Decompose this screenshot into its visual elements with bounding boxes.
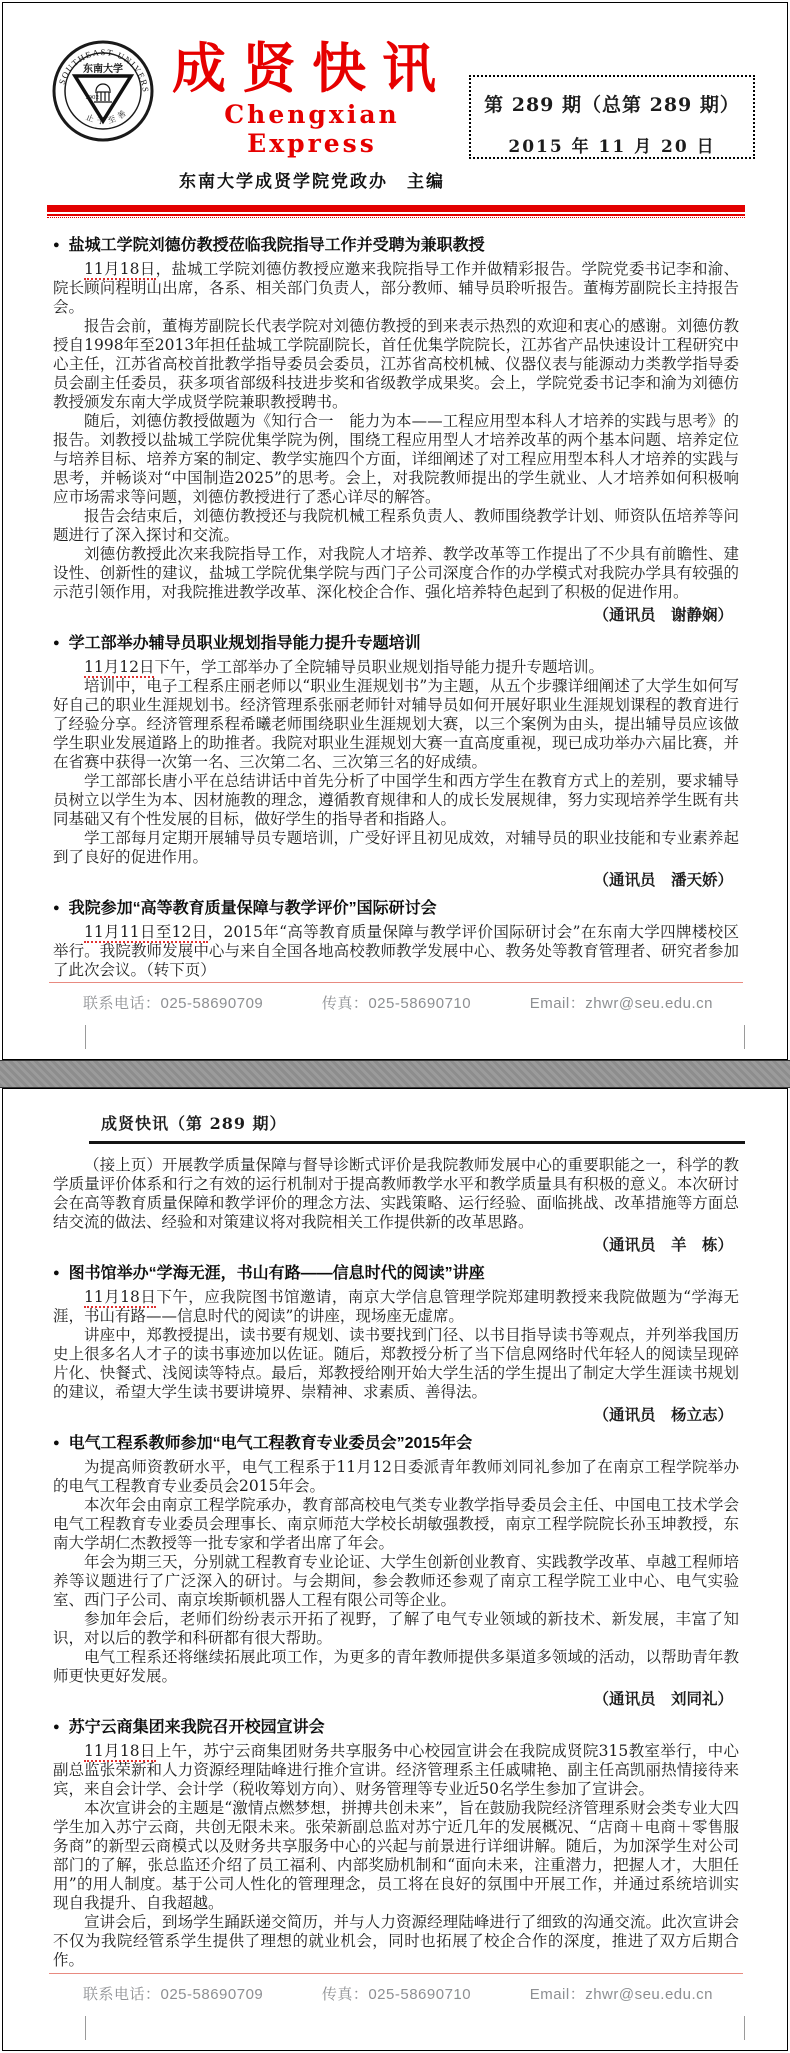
seal-graphic: SOUTHEAST UNIVERSITY 东南大学 1902 — [51, 39, 155, 143]
university-seal-logo: SOUTHEAST UNIVERSITY 东南大学 1902 — [51, 37, 155, 192]
footer-phone: 联系电话：025-58690709 — [83, 1983, 263, 2004]
headline-text: 电气工程系教师参加“电气工程教育专业委员会”2015年会 — [69, 1435, 473, 1452]
footer-divider — [49, 1973, 743, 1974]
article-paragraph: 学工部每月定期开展辅导员专题培训，广受好评且初见成效，对辅导员的职业技能和专业素… — [53, 829, 739, 867]
article-paragraph: 报告会结束后，刘德仿教授还与我院机械工程系负责人、教师围绕教学计划、师资队伍培养… — [53, 507, 739, 545]
headline-text: 图书馆举办“学海无涯，书山有路——信息时代的阅读”讲座 — [69, 1265, 485, 1282]
page2-footer: 联系电话：025-58690709 传真：025-58690710 Email：… — [3, 1973, 787, 2050]
issue-number: 第 289 期（总第 289 期） — [471, 90, 753, 117]
article-headline: ●盐城工学院刘德仿教授莅临我院指导工作并受聘为兼职教授 — [53, 234, 739, 257]
bullet-icon: ● — [53, 1437, 60, 1449]
headline-text: 我院参加“高等教育质量保障与教学评价”国际研讨会 — [69, 900, 437, 917]
masthead: SOUTHEAST UNIVERSITY 东南大学 1902 — [3, 3, 787, 192]
article-headline: ●电气工程系教师参加“电气工程教育专业委员会”2015年会 — [53, 1432, 739, 1455]
seal-cn-text: 东南大学 — [83, 62, 123, 75]
article-paragraph: 参加年会后，老师们纷纷表示开拓了视野，了解了电气专业领域的新技术、新发展，丰富了… — [53, 1610, 739, 1648]
bullet-icon: ● — [53, 902, 60, 914]
article-paragraph: 为提高师资教研水平，电气工程系于11月12日委派青年教师刘同礼参加了在南京工程学… — [53, 1458, 739, 1496]
article-headline: ●我院参加“高等教育质量保障与教学评价”国际研讨会 — [53, 897, 739, 920]
date-underline: 11月18日 — [84, 1288, 156, 1308]
date-underline: 11月12日 — [84, 658, 154, 678]
page2-articles: （接上页）开展教学质量保障与督导诊断式评价是我院教师发展中心的重要职能之一，科学… — [3, 1144, 787, 1973]
seal-year-text: 1902 — [85, 95, 99, 101]
headline-text: 学工部举办辅导员职业规划指导能力提升专题培训 — [69, 635, 421, 652]
newsletter-title-cn: 成贤快讯 — [155, 39, 469, 98]
bullet-icon: ● — [53, 239, 60, 251]
margin-marks — [47, 2004, 745, 2048]
article-paragraph: 讲座中，郑教授提出，读书要有规划、读书要找到门径、以书目指导读书等观点，并列举我… — [53, 1326, 739, 1402]
newsletter-page-1: SOUTHEAST UNIVERSITY 东南大学 1902 — [2, 2, 788, 1060]
article-paragraph: 随后，刘德仿教授做题为《知行合一 能力为本——工程应用型本科人才培养的实践与思考… — [53, 412, 739, 507]
title-block: 成贤快讯 Chengxian Express 东南大学成贤学院党政办 主编 — [155, 37, 469, 192]
issue-date: 2015 年 11 月 20 日 — [471, 132, 753, 157]
issue-box: 第 289 期（总第 289 期） 2015 年 11 月 20 日 — [469, 75, 755, 159]
page1-footer: 联系电话：025-58690709 传真：025-58690710 Email：… — [3, 982, 787, 1059]
footer-email: Email：zhwr@seu.edu.cn — [530, 992, 713, 1013]
newsletter-page-2: 成贤快讯（第 289 期） （接上页）开展教学质量保障与督导诊断式评价是我院教师… — [2, 1088, 788, 2051]
correspondent-byline: （通讯员 刘同礼） — [53, 1689, 733, 1709]
bullet-icon: ● — [53, 637, 60, 649]
document-canvas: SOUTHEAST UNIVERSITY 东南大学 1902 — [0, 0, 790, 2053]
article-headline: ●图书馆举办“学海无涯，书山有路——信息时代的阅读”讲座 — [53, 1262, 739, 1285]
bullet-icon: ● — [53, 1267, 60, 1279]
article-paragraph: 刘德仿教授此次来我院指导工作，对我院人才培养、教学改革等工作提出了不少具有前瞻性… — [53, 545, 739, 602]
headline-text: 盐城工学院刘德仿教授莅临我院指导工作并受聘为兼职教授 — [69, 237, 485, 254]
page1-articles: ●盐城工学院刘德仿教授莅临我院指导工作并受聘为兼职教授11月18日，盐城工学院刘… — [3, 218, 787, 982]
article-paragraph: 年会为期三天，分别就工程教育专业论证、大学生创新创业教育、实践教学改革、卓越工程… — [53, 1553, 739, 1610]
article-paragraph: 学工部部长唐小平在总结讲话中首先分析了中国学生和西方学生在教育方式上的差别，要求… — [53, 772, 739, 829]
article-paragraph: 11月12日下午，学工部举办了全院辅导员职业规划指导能力提升专题培训。 — [53, 658, 739, 677]
footer-phone: 联系电话：025-58690709 — [83, 992, 263, 1013]
bullet-icon: ● — [53, 1721, 60, 1733]
headline-text: 苏宁云商集团来我院召开校园宣讲会 — [69, 1719, 325, 1736]
date-underline: 11月18日 — [84, 260, 156, 280]
article-paragraph: 宣讲会后，到场学生踊跃递交简历，并与人力资源经理陆峰进行了细致的沟通交流。此次宣… — [53, 1913, 739, 1970]
newsletter-title-en: Chengxian Express — [155, 100, 469, 158]
footer-divider — [49, 982, 743, 983]
article-paragraph: 11月18日，盐城工学院刘德仿教授应邀来我院指导工作并做精彩报告。学院党委书记李… — [53, 260, 739, 317]
date-underline: 11月11日至12日 — [84, 923, 208, 943]
footer-email: Email：zhwr@seu.edu.cn — [530, 1983, 713, 2004]
article-paragraph: 本次宣讲会的主题是“激情点燃梦想，拼搏共创未来”，旨在鼓励我院经济管理系财会类专… — [53, 1799, 739, 1913]
masthead-divider — [47, 205, 745, 218]
editor-line: 东南大学成贤学院党政办 主编 — [155, 167, 469, 192]
correspondent-byline: （通讯员 潘天娇） — [53, 870, 733, 890]
footer-fax: 传真：025-58690710 — [322, 992, 471, 1013]
article-headline: ●苏宁云商集团来我院召开校园宣讲会 — [53, 1716, 739, 1739]
article-paragraph: 培训中，电子工程系庄丽老师以“职业生涯规划书”为主题，从五个步骤详细阐述了大学生… — [53, 677, 739, 772]
article-paragraph: 11月18日上午，苏宁云商集团财务共享服务中心校园宣讲会在我院成贤院315教室举… — [53, 1742, 739, 1799]
article-paragraph: 11月18日下午，应我院图书馆邀请，南京大学信息管理学院郑建明教授来我院做题为“… — [53, 1288, 739, 1326]
article-paragraph: 电气工程系还将继续拓展此项工作，为更多的青年教师提供多渠道多领域的活动，以帮助青… — [53, 1648, 739, 1686]
correspondent-byline: （通讯员 羊 栋） — [53, 1235, 733, 1255]
article-paragraph: 报告会前，董梅芳副院长代表学院对刘德仿教授的到来表示热烈的欢迎和衷心的感谢。刘德… — [53, 317, 739, 412]
correspondent-byline: （通讯员 杨立志） — [53, 1405, 733, 1425]
article-paragraph: 11月11日至12日，2015年“高等教育质量保障与教学评价国际研讨会”在东南大… — [53, 923, 739, 980]
footer-fax: 传真：025-58690710 — [322, 1983, 471, 2004]
margin-marks — [47, 1013, 745, 1057]
correspondent-byline: （通讯员 谢静娴） — [53, 605, 733, 625]
page-separator — [0, 1060, 790, 1088]
running-header: 成贤快讯（第 289 期） — [3, 1089, 787, 1134]
article-headline: ●学工部举办辅导员职业规划指导能力提升专题培训 — [53, 632, 739, 655]
date-underline: 11月18日 — [84, 1742, 156, 1762]
article-paragraph: （接上页）开展教学质量保障与督导诊断式评价是我院教师发展中心的重要职能之一，科学… — [53, 1156, 739, 1232]
article-paragraph: 本次年会由南京工程学院承办，教育部高校电气类专业教学指导委员会主任、中国电工技术… — [53, 1496, 739, 1553]
